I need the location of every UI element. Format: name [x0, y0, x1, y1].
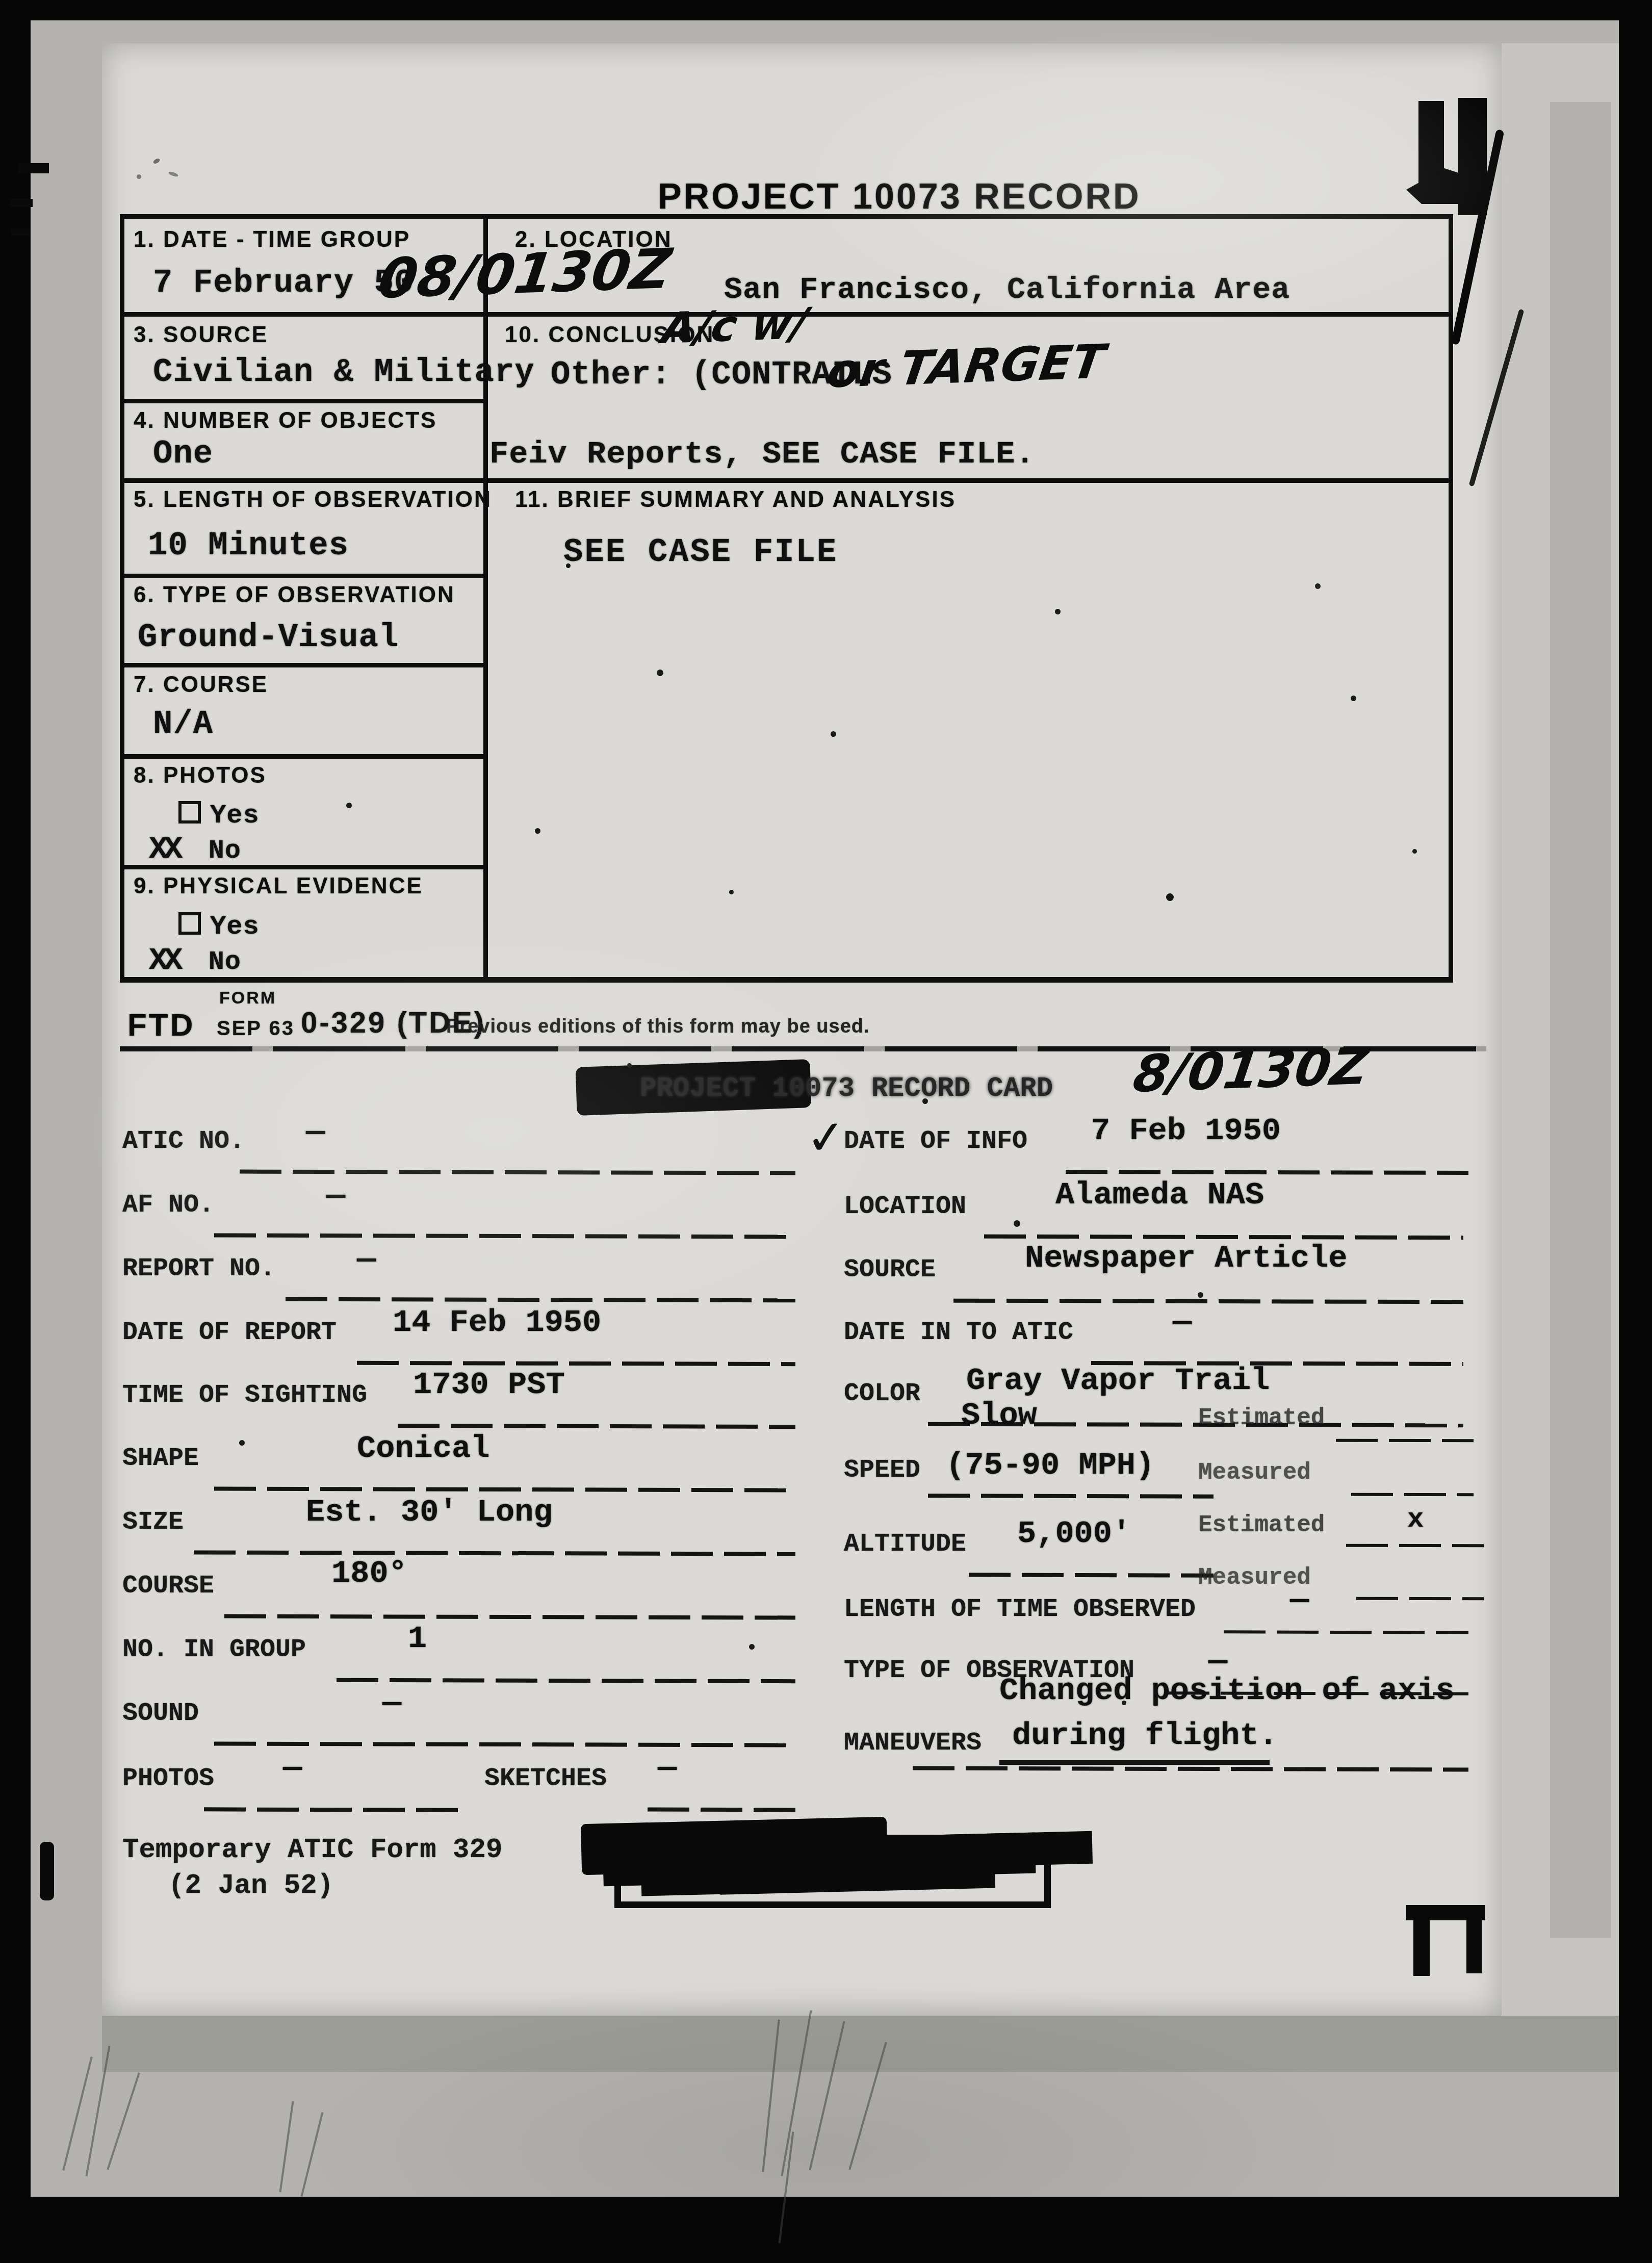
field-value-length-of-time-observed: —: [1290, 1582, 1309, 1618]
field-value-af-no: —: [326, 1178, 345, 1214]
field-value-atic-no: —: [306, 1114, 325, 1150]
field-value-photos-card: —: [283, 1750, 302, 1786]
underline-short: [1336, 1439, 1474, 1443]
speed-measured-label: Measured: [1198, 1459, 1311, 1486]
form-footer-form-date: SEP 63: [217, 1017, 295, 1040]
field-value-speed-line1: Slow: [961, 1397, 1037, 1433]
field-value-conclusion-footer: Feiv Reports, SEE CASE FILE.: [489, 436, 1035, 472]
field-label-photos-card: PHOTOS: [122, 1764, 214, 1793]
field-value-type-of-observation: Ground-Visual: [138, 620, 399, 656]
field-label-source-card: SOURCE: [844, 1255, 936, 1284]
field-value-altitude: 5,000': [1017, 1515, 1131, 1552]
underline-short: [1346, 1544, 1484, 1548]
form-footer-note: Previous editions of this form may be us…: [446, 1016, 870, 1038]
field-label-length-of-observation: 5. LENGTH OF OBSERVATION: [134, 487, 492, 512]
field-value-no-in-group: 1: [408, 1621, 427, 1657]
field-value-source: Civilian & Military: [153, 354, 535, 391]
field-value-length-of-observation: 10 Minutes: [148, 528, 349, 564]
row-border: [120, 478, 1453, 483]
checkbox-no-x-mark: XX: [149, 831, 178, 867]
speed-estimated-label: Estimated: [1198, 1405, 1325, 1431]
pencil-mark: [137, 174, 141, 179]
physical-evidence-yes-row: Yes: [178, 912, 260, 942]
field-label-type-of-observation: 6. TYPE OF OBSERVATION: [134, 582, 455, 608]
field-label-color: COLOR: [844, 1379, 920, 1408]
field-label-altitude: ALTITUDE: [844, 1530, 966, 1559]
row-border: [120, 754, 488, 759]
physical-evidence-yes-label: Yes: [210, 912, 260, 942]
field-label-date-of-report: DATE OF REPORT: [122, 1318, 337, 1347]
field-label-shape: SHAPE: [122, 1444, 199, 1473]
checkbox-yes-empty: [178, 912, 201, 935]
form-title: PROJECT 10073 RECORD: [658, 176, 1141, 217]
field-label-report-no: REPORT NO.: [122, 1254, 275, 1283]
scan-artifact-dash: [10, 199, 33, 207]
table-border-right: [1449, 214, 1453, 982]
underline: [648, 1808, 795, 1812]
field-value-shape: Conical: [357, 1430, 489, 1467]
underline-short: [1351, 1493, 1474, 1497]
redaction-scribble: [581, 1817, 888, 1875]
field-value-report-no: —: [357, 1242, 376, 1278]
field-label-time-of-sighting: TIME OF SIGHTING: [122, 1381, 367, 1410]
scan-artifact-streak: [40, 1842, 54, 1900]
field-value-source-card: Newspaper Article: [1025, 1240, 1348, 1276]
field-label-no-in-group: NO. IN GROUP: [122, 1635, 306, 1664]
underline: [204, 1807, 459, 1812]
row-border: [120, 574, 488, 578]
field-label-length-of-time-observed: LENGTH OF TIME OBSERVED: [844, 1595, 1196, 1624]
record-card-title: PROJECT 10073 RECORD CARD: [640, 1073, 1053, 1104]
field-label-number-of-objects: 4. NUMBER OF OBJECTS: [134, 408, 437, 433]
temporary-form-line1: Temporary ATIC Form 329: [122, 1835, 502, 1866]
maneuvers-word-underline: [999, 1760, 1270, 1765]
field-value-sound: —: [382, 1685, 401, 1721]
temporary-form-line2: (2 Jan 52): [168, 1870, 333, 1901]
physical-evidence-no-row: XX No: [149, 942, 241, 979]
field-label-brief-summary: 11. BRIEF SUMMARY AND ANALYSIS: [515, 487, 956, 512]
scan-artifact-dash: [18, 163, 49, 173]
field-label-course: 7. COURSE: [134, 672, 268, 698]
table-border-bottom: [120, 977, 1453, 983]
handwritten-time-record-card: 8/0130Z: [1129, 1036, 1372, 1104]
field-label-af-no: AF NO.: [122, 1191, 214, 1220]
field-label-photos: 8. PHOTOS: [134, 763, 267, 788]
checkmark-date-of-info: ✓: [803, 1109, 849, 1166]
paper-edge-shadow: [1550, 102, 1611, 1938]
field-value-date-time-group: 7 February 50: [153, 265, 414, 302]
row-border: [120, 399, 488, 403]
field-label-source: 3. SOURCE: [134, 322, 268, 348]
field-value-sketches: —: [658, 1750, 677, 1786]
field-label-location: 2. LOCATION: [515, 227, 672, 252]
row-border: [120, 663, 488, 667]
field-value-number-of-objects: One: [153, 436, 213, 473]
field-label-date-in-to-atic: DATE IN TO ATIC: [844, 1318, 1073, 1347]
checkbox-no-x-mark: XX: [149, 942, 178, 979]
underline: [969, 1573, 1214, 1577]
field-label-atic-no: ATIC NO.: [122, 1127, 245, 1156]
field-value-time-of-sighting: 1730 PST: [413, 1367, 565, 1403]
field-value-location-card: Alameda NAS: [1055, 1177, 1264, 1213]
form-footer-form-word: FORM: [219, 988, 276, 1008]
field-value-date-of-report: 14 Feb 1950: [393, 1304, 601, 1341]
field-label-location-card: LOCATION: [844, 1192, 966, 1221]
field-label-sketches: SKETCHES: [484, 1764, 607, 1793]
underline: [928, 1494, 1214, 1498]
handwritten-conclusion-value: or TARGET: [824, 335, 1108, 399]
underline: [1224, 1630, 1468, 1634]
scanned-document-page: PROJECT 10073 RECORD 1. DATE - TIME GROU…: [0, 0, 1652, 2263]
field-value-date-in-to-atic: —: [1173, 1304, 1192, 1341]
field-value-maneuvers-line1: Changed position of axis: [999, 1673, 1455, 1709]
field-value-speed-line2: (75-90 MPH): [946, 1447, 1154, 1483]
photos-yes-row: Yes: [178, 801, 260, 831]
table-border-top: [120, 214, 1453, 219]
scan-artifact-mark: [1413, 1917, 1430, 1976]
field-value-course: N/A: [153, 706, 213, 743]
field-value-size: Est. 30' Long: [306, 1494, 553, 1530]
field-value-maneuvers-line2: during flight.: [1012, 1717, 1278, 1754]
field-label-speed: SPEED: [844, 1456, 920, 1485]
field-label-sound: SOUND: [122, 1699, 199, 1728]
form-footer-agency: FTD: [127, 1007, 195, 1043]
physical-evidence-no-label: No: [209, 947, 241, 977]
photos-no-row: XX No: [149, 831, 241, 867]
field-label-maneuvers: MANEUVERS: [844, 1729, 982, 1758]
paper-bottom-shadow: [102, 2016, 1619, 2072]
scan-artifact-mark: [1466, 1917, 1482, 1973]
underline-short: [1356, 1597, 1484, 1601]
photos-no-label: No: [209, 836, 241, 866]
field-value-color: Gray Vapor Trail: [966, 1362, 1270, 1399]
altitude-estimated-label: Estimated: [1198, 1512, 1325, 1538]
toner-specks: [566, 563, 571, 568]
altitude-estimated-x-mark: x: [1407, 1504, 1424, 1535]
field-label-date-time-group: 1. DATE - TIME GROUP: [134, 227, 410, 252]
field-label-date-of-info: DATE OF INFO: [844, 1127, 1027, 1156]
field-value-brief-summary: SEE CASE FILE: [563, 534, 838, 571]
field-value-date-of-info: 7 Feb 1950: [1091, 1113, 1281, 1149]
field-label-size: SIZE: [122, 1508, 184, 1537]
handwritten-conclusion-note: A/c w/: [659, 298, 811, 353]
checkbox-yes-empty: [178, 801, 201, 824]
field-value-course-card: 180°: [331, 1555, 407, 1591]
field-label-physical-evidence: 9. PHYSICAL EVIDENCE: [134, 873, 423, 899]
scan-artifact-dash: [11, 228, 30, 236]
field-label-course-card: COURSE: [122, 1572, 214, 1601]
photos-yes-label: Yes: [210, 801, 260, 831]
